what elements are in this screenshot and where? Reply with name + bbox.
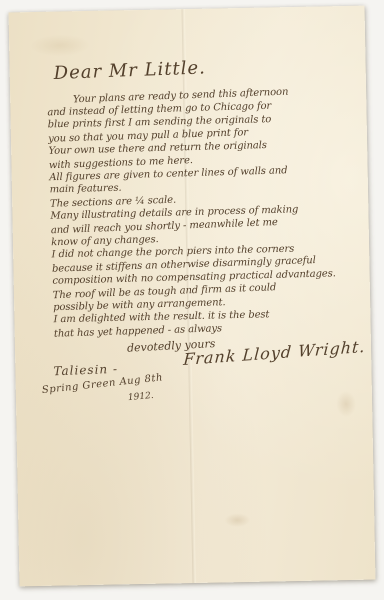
year-line: 1912.	[128, 391, 155, 403]
letter-photograph: Dear Mr Little. Your plans are ready to …	[0, 0, 384, 600]
paper-stain	[225, 513, 251, 527]
letter-body: Your plans are ready to send this aftern…	[47, 84, 356, 340]
place-line: Taliesin -	[53, 362, 118, 378]
paper-stain	[336, 390, 356, 416]
letter-paper: Dear Mr Little. Your plans are ready to …	[9, 6, 376, 587]
paper-stain	[30, 34, 90, 57]
